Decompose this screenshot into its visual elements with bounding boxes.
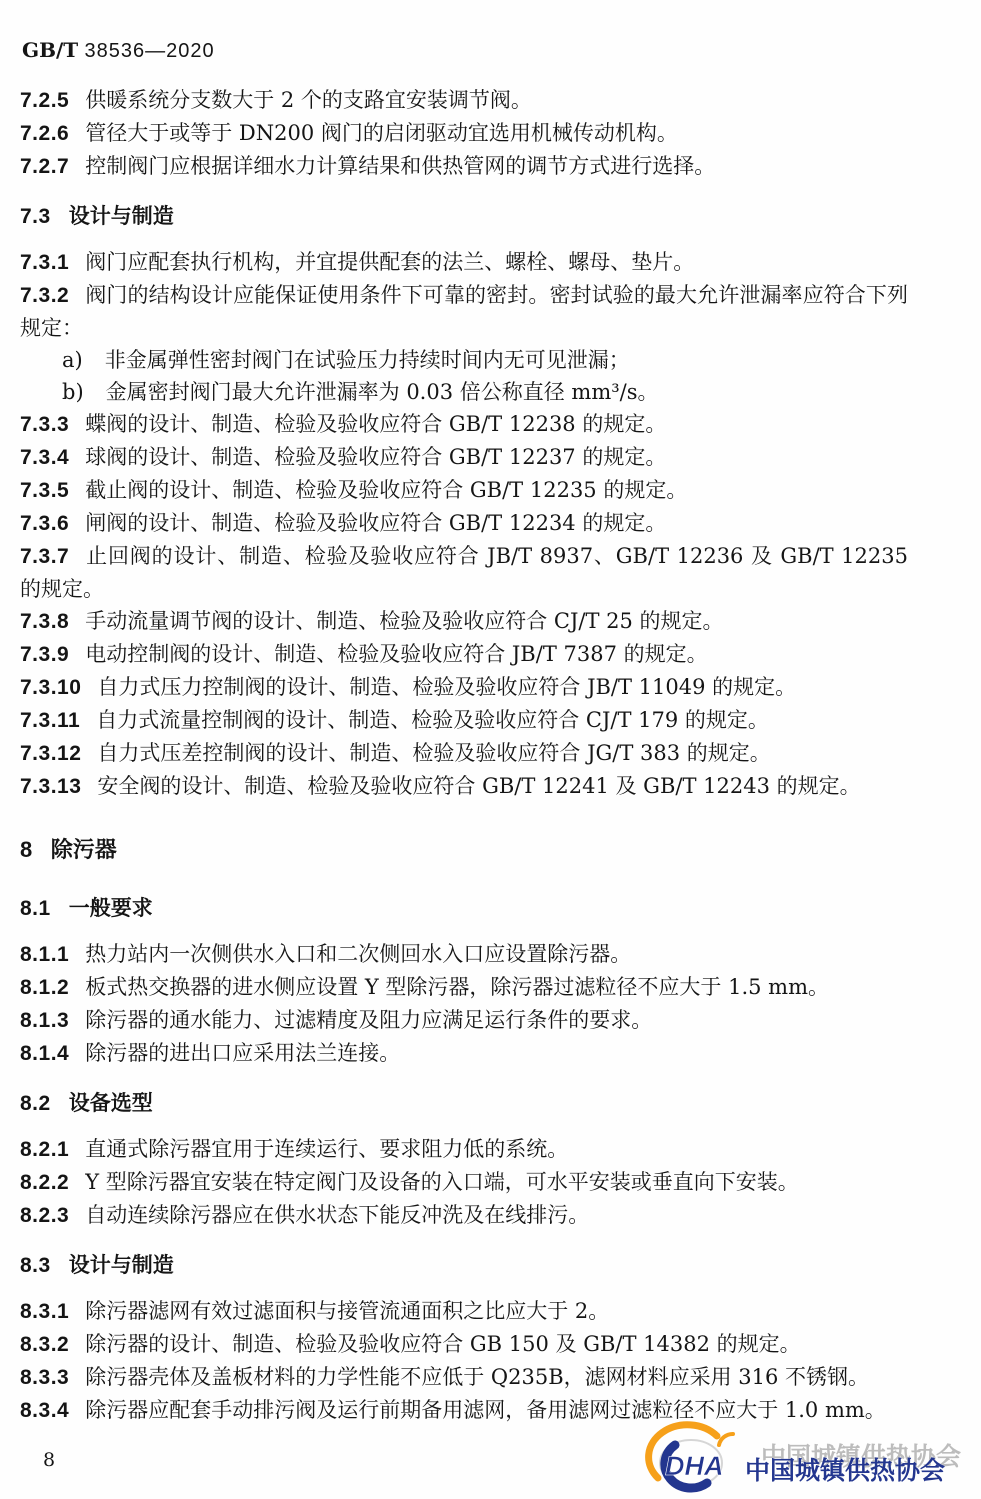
clause-number: 8.1.1 (20, 943, 69, 966)
clause-text: 供暖系统分支数大于 2 个的支路宜安装调节阀。 (85, 88, 532, 112)
clause-text: 自力式压差控制阀的设计、制造、检验及验收应符合 JG/T 383 的规定。 (97, 741, 770, 765)
clause-text: 除污器的通水能力、过滤精度及阻力应满足运行条件的要求。 (85, 1008, 652, 1032)
clause-text: 电动控制阀的设计、制造、检验及验收应符合 JB/T 7387 的规定。 (85, 642, 707, 666)
clause-7.3.13: 7.3.13安全阀的设计、制造、检验及验收应符合 GB/T 12241 及 GB… (20, 770, 908, 803)
clause-number: 7.3.7 (20, 545, 69, 568)
clause-number: 7.2.6 (20, 122, 69, 145)
clause-number: 8.3.1 (20, 1300, 69, 1323)
clause-number: 7.3.5 (20, 479, 69, 502)
clause-text: 球阀的设计、制造、检验及验收应符合 GB/T 12237 的规定。 (85, 445, 666, 469)
clause-7.3.3: 7.3.3蝶阀的设计、制造、检验及验收应符合 GB/T 12238 的规定。 (20, 408, 908, 441)
clause-8.3.1: 8.3.1除污器滤网有效过滤面积与接管流通面积之比应大于 2。 (20, 1295, 908, 1328)
clause-text: 直通式除污器宜用于连续运行、要求阻力低的系统。 (85, 1137, 568, 1161)
clause-text: 蝶阀的设计、制造、检验及验收应符合 GB/T 12238 的规定。 (85, 412, 666, 436)
clause-8.3.2: 8.3.2除污器的设计、制造、检验及验收应符合 GB 150 及 GB/T 14… (20, 1328, 908, 1361)
clause-7.3.5: 7.3.5截止阀的设计、制造、检验及验收应符合 GB/T 12235 的规定。 (20, 474, 908, 507)
clause-number: 8.3.2 (20, 1333, 69, 1356)
clause-7.3.9: 7.3.9电动控制阀的设计、制造、检验及验收应符合 JB/T 7387 的规定。 (20, 638, 908, 671)
clause-number: 8.1.3 (20, 1009, 69, 1032)
clause-text: 止回阀的设计、制造、检验及验收应符合 JB/T 8937、GB/T 12236 … (20, 544, 908, 601)
chapter-heading-8: 8除污器 (20, 833, 908, 867)
clause-text: 板式热交换器的进水侧应设置 Y 型除污器，除污器过滤粒径不应大于 1.5 mm。 (85, 975, 829, 999)
section-number: 7.3 (20, 205, 51, 228)
association-name-block: 中国城镇供热协会 中国城镇供热协会 (745, 1431, 963, 1493)
clause-7.3.10: 7.3.10自力式压力控制阀的设计、制造、检验及验收应符合 JB/T 11049… (20, 671, 908, 704)
clause-text: 截止阀的设计、制造、检验及验收应符合 GB/T 12235 的规定。 (85, 478, 687, 502)
list-item-label: a) (62, 348, 83, 372)
clause-text: 除污器的设计、制造、检验及验收应符合 GB 150 及 GB/T 14382 的… (85, 1332, 800, 1356)
association-name: 中国城镇供热协会 (745, 1451, 945, 1487)
clause-number: 8.3.3 (20, 1366, 69, 1389)
clause-7.2.5: 7.2.5供暖系统分支数大于 2 个的支路宜安装调节阀。 (20, 84, 908, 117)
clause-text: 热力站内一次侧供水入口和二次侧回水入口应设置除污器。 (85, 942, 631, 966)
clause-text: 除污器的进出口应采用法兰连接。 (85, 1041, 400, 1065)
standard-code-prefix: GB/T (22, 38, 78, 62)
clause-text: 阀门应配套执行机构，并宜提供配套的法兰、螺栓、螺母、垫片。 (85, 250, 694, 274)
section-number: 8.1 (20, 897, 51, 920)
clause-text: 控制阀门应根据详细水力计算结果和供热管网的调节方式进行选择。 (85, 154, 715, 178)
clause-number: 7.3.11 (20, 709, 80, 732)
chapter-title: 除污器 (51, 837, 117, 862)
clause-8.2.3: 8.2.3自动连续除污器应在供水状态下能反冲洗及在线排污。 (20, 1199, 908, 1232)
chapter-number: 8 (20, 837, 33, 862)
clause-7.3.1: 7.3.1阀门应配套执行机构，并宜提供配套的法兰、螺栓、螺母、垫片。 (20, 246, 908, 279)
clause-7.3.6: 7.3.6闸阀的设计、制造、检验及验收应符合 GB/T 12234 的规定。 (20, 507, 908, 540)
clause-7.3.4: 7.3.4球阀的设计、制造、检验及验收应符合 GB/T 12237 的规定。 (20, 441, 908, 474)
list-item-b: b)金属密封阀门最大允许泄漏率为 0.03 倍公称直径 mm³/s。 (20, 376, 908, 408)
clause-text: 自力式流量控制阀的设计、制造、检验及验收应符合 CJ/T 179 的规定。 (96, 708, 769, 732)
clause-7.3.12: 7.3.12自力式压差控制阀的设计、制造、检验及验收应符合 JG/T 383 的… (20, 737, 908, 770)
clause-8.2.2: 8.2.2Y 型除污器宜安装在特定阀门及设备的入口端，可水平安装或垂直向下安装。 (20, 1166, 908, 1199)
section-heading-8.2: 8.2设备选型 (20, 1088, 908, 1120)
association-logo: DHA 中国城镇供热协会 中国城镇供热协会 (645, 1421, 963, 1493)
clause-number: 7.3.12 (20, 742, 81, 765)
clause-number: 7.3.9 (20, 643, 69, 666)
clause-8.1.2: 8.1.2板式热交换器的进水侧应设置 Y 型除污器，除污器过滤粒径不应大于 1.… (20, 971, 908, 1004)
emblem-orange-wave (719, 1434, 733, 1445)
clause-text: 除污器壳体及盖板材料的力学性能不应低于 Q235B，滤网材料应采用 316 不锈… (85, 1365, 869, 1389)
list-item-text: 非金属弹性密封阀门在试验压力持续时间内无可见泄漏； (105, 348, 630, 372)
clause-number: 8.3.4 (20, 1399, 69, 1422)
clause-text: 安全阀的设计、制造、检验及验收应符合 GB/T 12241 及 GB/T 122… (97, 774, 860, 798)
clause-number: 8.1.4 (20, 1042, 69, 1065)
clause-text: Y 型除污器宜安装在特定阀门及设备的入口端，可水平安装或垂直向下安装。 (85, 1170, 799, 1194)
clause-number: 7.3.8 (20, 610, 69, 633)
clause-8.2.1: 8.2.1直通式除污器宜用于连续运行、要求阻力低的系统。 (20, 1133, 908, 1166)
clause-8.3.3: 8.3.3除污器壳体及盖板材料的力学性能不应低于 Q235B，滤网材料应采用 3… (20, 1361, 908, 1394)
standard-code-header: GB/T 38536—2020 (22, 38, 215, 63)
section-heading-8.3: 8.3设计与制造 (20, 1250, 908, 1282)
clause-8.1.4: 8.1.4除污器的进出口应采用法兰连接。 (20, 1037, 908, 1070)
clause-text: 手动流量调节阀的设计、制造、检验及验收应符合 CJ/T 25 的规定。 (85, 609, 723, 633)
clause-number: 8.2.3 (20, 1204, 69, 1227)
section-title: 设计与制造 (69, 1254, 174, 1277)
section-title: 设计与制造 (69, 205, 174, 228)
standard-code-number: 38536—2020 (85, 40, 215, 62)
list-item-label: b) (62, 380, 84, 404)
document-body: 7.2.5供暖系统分支数大于 2 个的支路宜安装调节阀。 7.2.6管径大于或等… (20, 84, 908, 1427)
clause-8.1.1: 8.1.1热力站内一次侧供水入口和二次侧回水入口应设置除污器。 (20, 938, 908, 971)
clause-text: 自动连续除污器应在供水状态下能反冲洗及在线排污。 (85, 1203, 589, 1227)
clause-7.3.2: 7.3.2阀门的结构设计应能保证使用条件下可靠的密封。密封试验的最大允许泄漏率应… (20, 279, 908, 344)
clause-7.2.6: 7.2.6管径大于或等于 DN200 阀门的启闭驱动宜选用机械传动机构。 (20, 117, 908, 150)
section-heading-8.1: 8.1一般要求 (20, 893, 908, 925)
clause-number: 8.1.2 (20, 976, 69, 999)
page-number: 8 (43, 1449, 55, 1471)
clause-number: 7.3.4 (20, 446, 69, 469)
clause-8.1.3: 8.1.3除污器的通水能力、过滤精度及阻力应满足运行条件的要求。 (20, 1004, 908, 1037)
list-item-a: a)非金属弹性密封阀门在试验压力持续时间内无可见泄漏； (20, 344, 908, 376)
clause-text: 闸阀的设计、制造、检验及验收应符合 GB/T 12234 的规定。 (85, 511, 666, 535)
clause-number: 7.3.6 (20, 512, 69, 535)
clause-text: 自力式压力控制阀的设计、制造、检验及验收应符合 JB/T 11049 的规定。 (97, 675, 796, 699)
clause-7.3.8: 7.3.8手动流量调节阀的设计、制造、检验及验收应符合 CJ/T 25 的规定。 (20, 605, 908, 638)
clause-number: 7.3.13 (20, 775, 81, 798)
section-heading-7.3: 7.3设计与制造 (20, 201, 908, 233)
list-item-text: 金属密封阀门最大允许泄漏率为 0.03 倍公称直径 mm³/s。 (106, 380, 659, 404)
section-number: 8.3 (20, 1254, 51, 1277)
clause-7.3.11: 7.3.11自力式流量控制阀的设计、制造、检验及验收应符合 CJ/T 179 的… (20, 704, 908, 737)
clause-7.2.7: 7.2.7控制阀门应根据详细水力计算结果和供热管网的调节方式进行选择。 (20, 150, 908, 183)
document-page: GB/T 38536—2020 7.2.5供暖系统分支数大于 2 个的支路宜安装… (0, 0, 981, 1499)
clause-text: 除污器滤网有效过滤面积与接管流通面积之比应大于 2。 (85, 1299, 609, 1323)
clause-number: 7.2.5 (20, 89, 69, 112)
clause-number: 7.3.3 (20, 413, 69, 436)
clause-text: 除污器应配套手动排污阀及运行前期备用滤网，备用滤网过滤粒径不应大于 1.0 mm… (85, 1398, 886, 1422)
section-title: 设备选型 (69, 1092, 153, 1115)
clause-text: 阀门的结构设计应能保证使用条件下可靠的密封。密封试验的最大允许泄漏率应符合下列规… (20, 283, 908, 340)
clause-text: 管径大于或等于 DN200 阀门的启闭驱动宜选用机械传动机构。 (85, 121, 678, 145)
clause-7.3.7: 7.3.7止回阀的设计、制造、检验及验收应符合 JB/T 8937、GB/T 1… (20, 540, 908, 605)
clause-number: 8.2.2 (20, 1171, 69, 1194)
clause-number: 8.2.1 (20, 1138, 69, 1161)
dha-emblem-icon: DHA (645, 1421, 745, 1493)
section-number: 8.2 (20, 1092, 51, 1115)
section-title: 一般要求 (69, 897, 153, 920)
logo-abbr-text: DHA (665, 1451, 724, 1481)
clause-number: 7.2.7 (20, 155, 69, 178)
clause-number: 7.3.2 (20, 284, 69, 307)
clause-number: 7.3.1 (20, 251, 69, 274)
clause-number: 7.3.10 (20, 676, 81, 699)
